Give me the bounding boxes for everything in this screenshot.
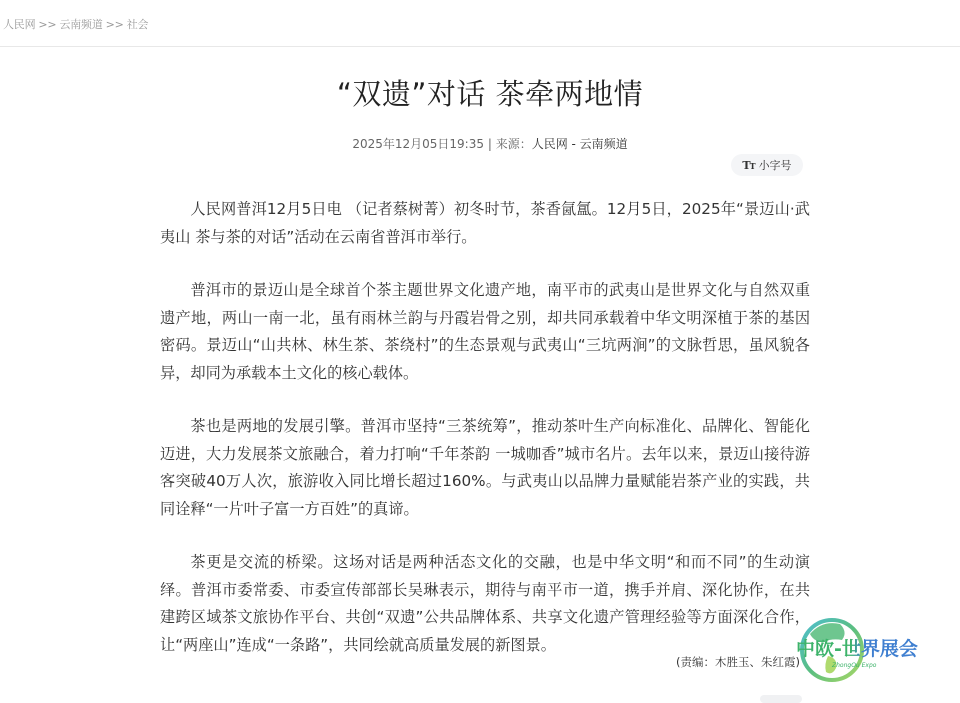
breadcrumb: 人民网>>云南频道>>社会 <box>3 16 148 32</box>
text-size-icon: TT <box>742 159 754 172</box>
font-size-toggle-button[interactable]: TT 小字号 <box>731 154 803 176</box>
scroll-hint <box>760 695 802 700</box>
breadcrumb-item-yunnan[interactable]: 云南频道 <box>59 18 102 31</box>
article-paragraph: 人民网普洱12月5日电 （记者蔡树菁）初冬时节，茶香氤氲。12月5日，2025年… <box>160 196 810 251</box>
breadcrumb-item-people[interactable]: 人民网 <box>3 18 35 31</box>
article-paragraph: 茶更是交流的桥梁。这场对话是两种活态文化的交融，也是中华文明“和而不同”的生动演… <box>160 549 810 659</box>
breadcrumb-separator: >> <box>38 18 56 31</box>
article-title: “双遗”对话 茶牵两地情 <box>0 72 960 113</box>
svg-text:ZhongOu Expo: ZhongOu Expo <box>831 662 877 669</box>
article-body: 人民网普洱12月5日电 （记者蔡树菁）初冬时节，茶香氤氲。12月5日，2025年… <box>160 196 810 685</box>
globe-logo-icon: 中欧-世界展会 ZhongOu Expo <box>792 612 932 687</box>
svg-text:中欧-世界展会: 中欧-世界展会 <box>796 637 918 660</box>
source-label: 来源： <box>496 137 532 151</box>
expo-watermark-logo: 中欧-世界展会 ZhongOu Expo <box>792 612 932 687</box>
meta-divider: | <box>488 137 492 151</box>
article-paragraph: 普洱市的景迈山是全球首个茶主题世界文化遗产地，南平市的武夷山是世界文化与自然双重… <box>160 277 810 387</box>
source-link[interactable]: 人民网 - 云南频道 <box>532 137 628 151</box>
article-meta: 2025年12月05日19:35 | 来源：人民网 - 云南频道 <box>0 135 960 152</box>
breadcrumb-separator: >> <box>106 18 124 31</box>
breadcrumb-item-society[interactable]: 社会 <box>127 18 149 31</box>
header-divider <box>0 46 960 47</box>
publish-datetime: 2025年12月05日19:35 <box>352 137 484 151</box>
editor-credit: (责编：木胜玉、朱红霞) <box>676 654 800 670</box>
article-paragraph: 茶也是两地的发展引擎。普洱市坚持“三茶统筹”，推动茶叶生产向标准化、品牌化、智能… <box>160 413 810 523</box>
font-size-label: 小字号 <box>759 157 792 173</box>
